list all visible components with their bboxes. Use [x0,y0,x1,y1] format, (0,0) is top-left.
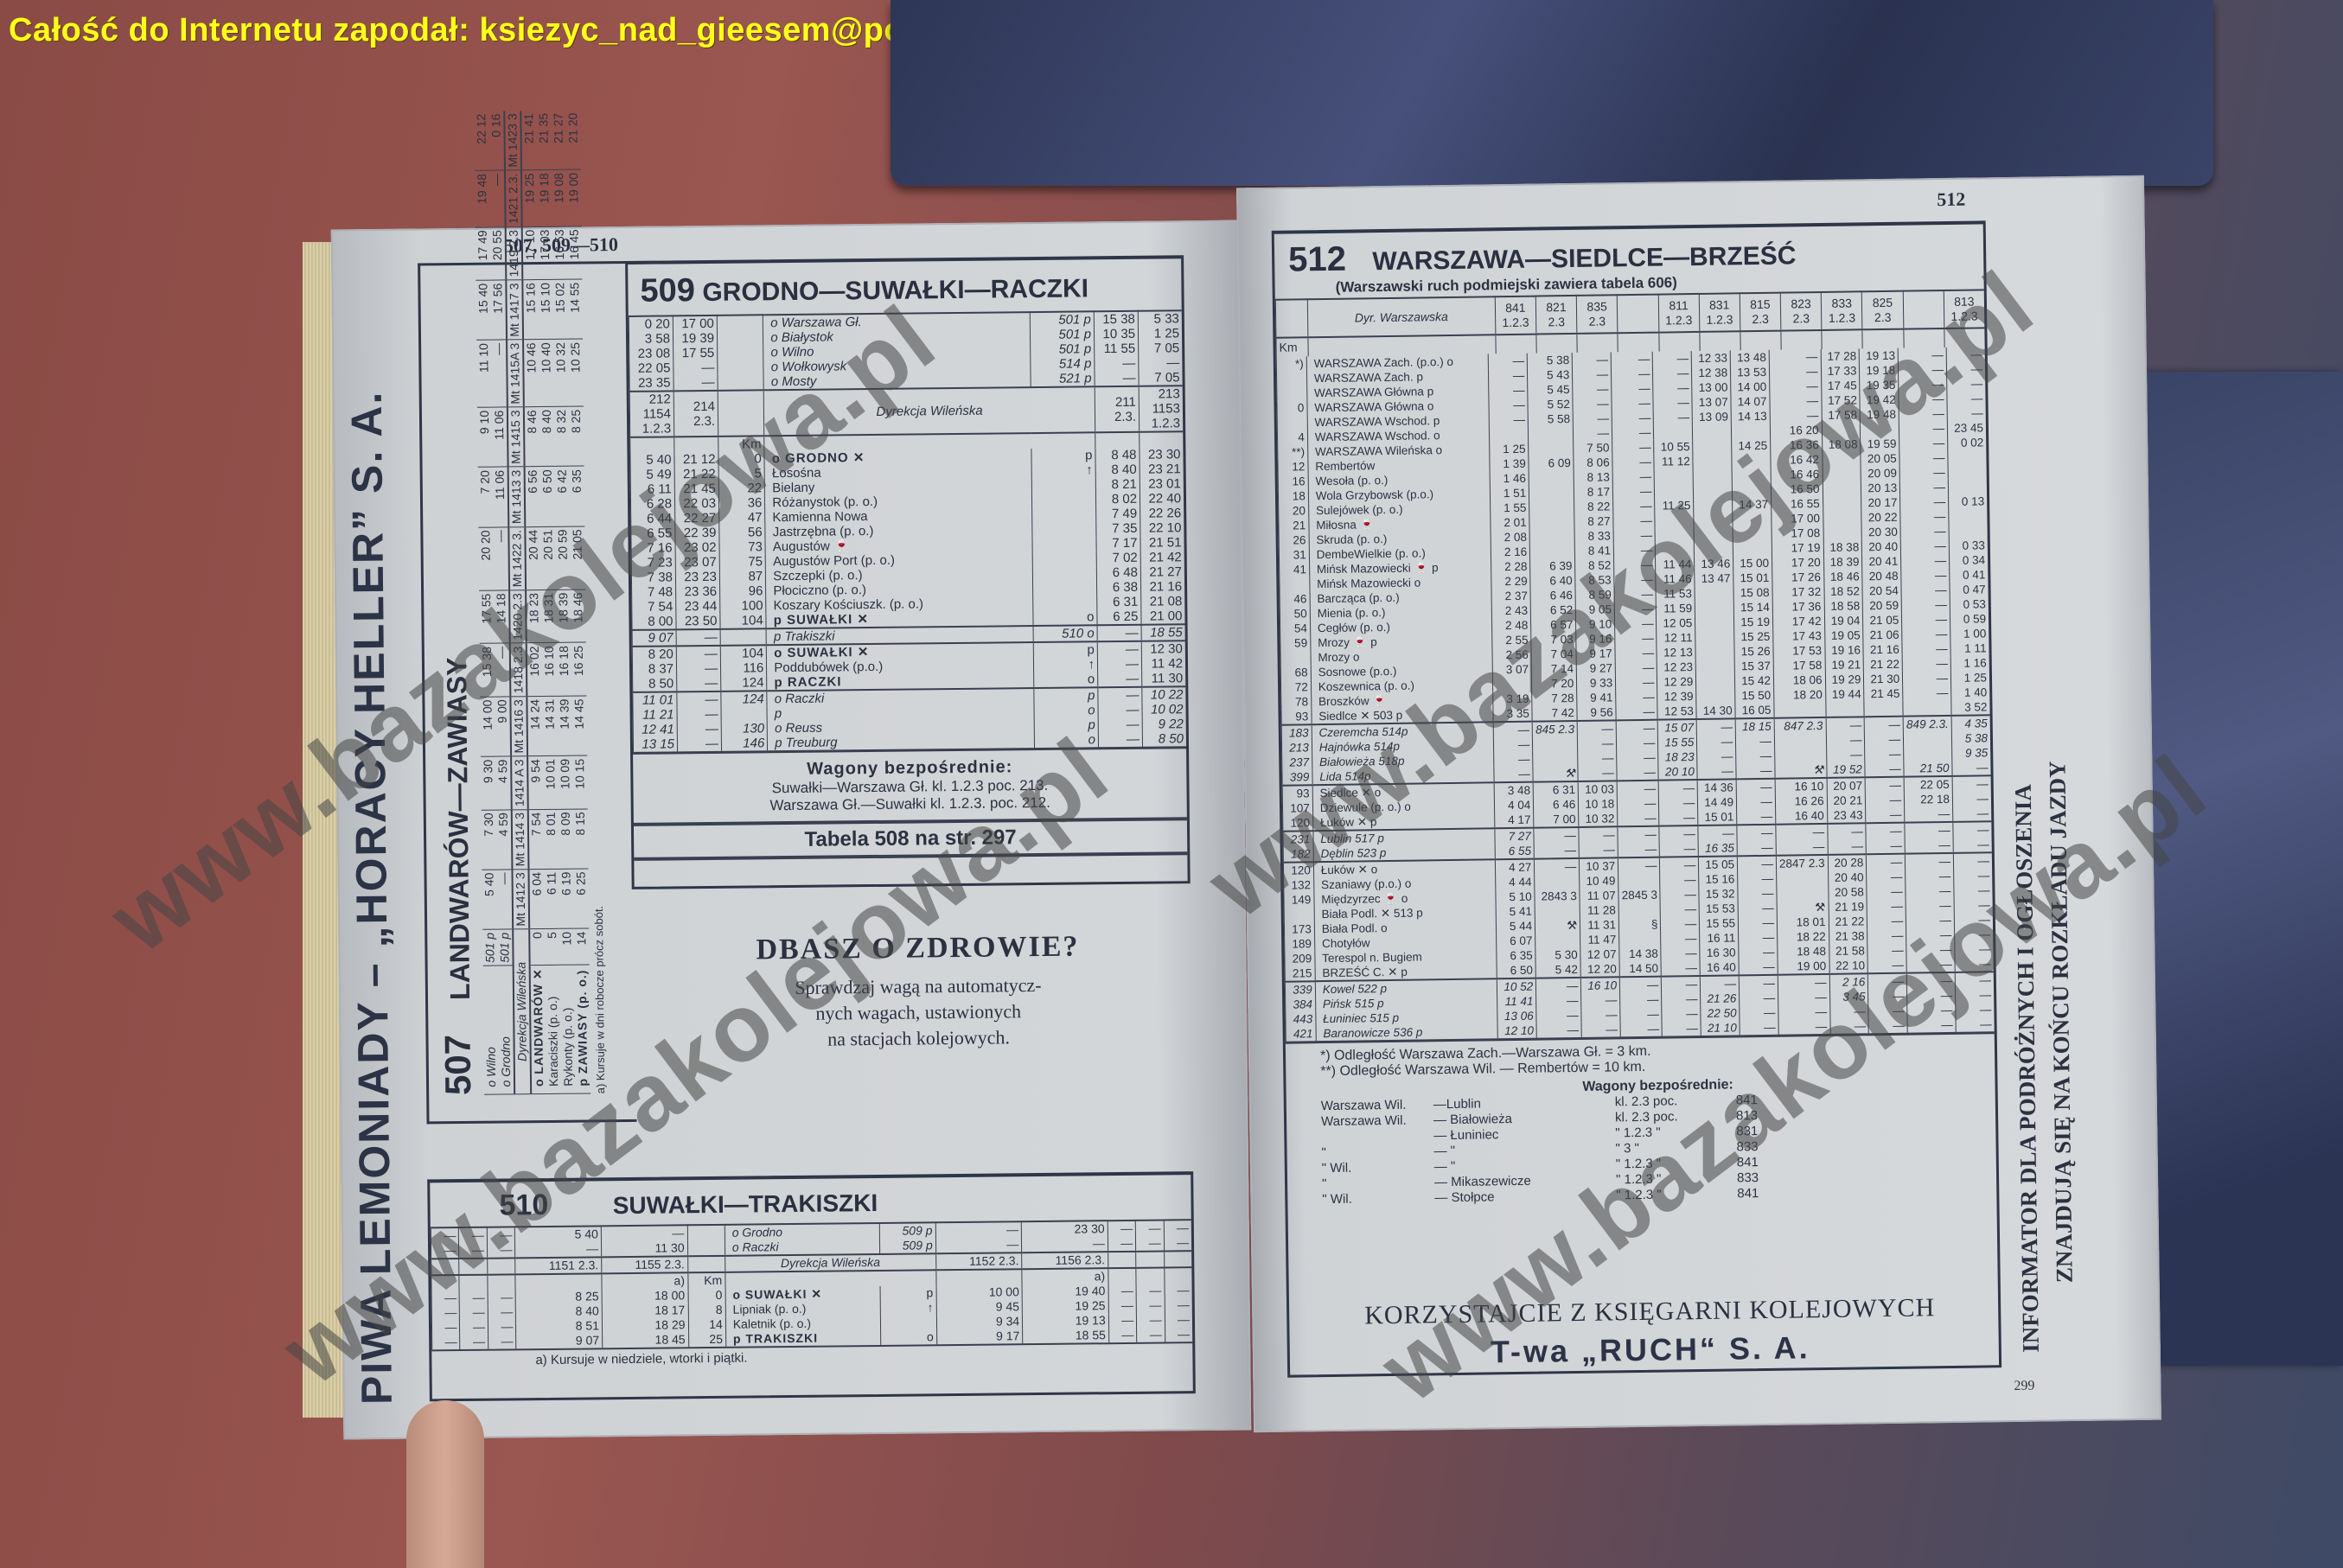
station: o Wilno [483,966,500,1094]
table-510-number: 510 [499,1189,548,1222]
book-cover-right [2144,372,2343,1366]
table-509-number: 509 [640,272,695,309]
station: o Grodno [725,1223,879,1240]
table-510-grid: ———5 40— o Grodno509 p —23 30——— ————11 … [431,1219,1192,1349]
open-book: 507, 509—510 PIWA LEMONIADY – „HORACY HE… [285,156,2170,1452]
station: Rykonty (p. o.) [560,965,577,1093]
ad-health: DBASZ O ZDROWIE? Sprawdzaj wagą na autom… [658,929,1178,1054]
station: o Raczki [725,1239,879,1256]
direction-label: Dyr. Warszawska [1307,296,1496,337]
table-508-reference: Tabela 508 na str. 297 [634,817,1187,861]
table-512-body: *)WARSZAWA Zach. (p.o.) o—5 38———12 3313… [1276,347,1995,1041]
direction-label: Dyrekcja Wileńska [513,929,531,1094]
table-512-grid: Dyr. Warszawska 841 1.2.3 821 2.3 835 2.… [1275,289,1985,356]
station: p ZAWIASY (p. o.) [575,965,591,1093]
side-ad-informator: INFORMATOR DLA PODRÓŻNYCH I OGŁOSZENIA Z… [2005,761,2083,1353]
direction-label: Dyrekcja Wileńska [763,386,1095,436]
station: Lipniak (p. o.) [725,1301,880,1317]
table-512: 512 WARSZAWA—SIEDLCE—BRZEŚĆ (Warszawski … [1272,220,2001,1377]
page-number-right: 299 [2014,1379,2034,1394]
station: Karaciszki (p. o.) [546,966,562,1094]
ad-health-line: na stacjach kolejowych. [659,1023,1178,1054]
running-head-right: 512 [1937,188,1965,211]
station: o SUWAŁKI ✕ [725,1286,880,1303]
side-ad-heller: PIWA LEMONIADY – „HORACY HELLER” S. A. [342,390,402,1405]
right-page: 512 512 WARSZAWA—SIEDLCE—BRZEŚĆ (Warszaw… [1236,175,2161,1433]
ad-ruch: KORZYSTAJCIE Z KSIĘGARNI KOLEJOWYCH T-wa… [1321,1293,1979,1374]
through-cars-list: Warszawa Wil.—Lublinkl. 2.3 poc.841Warsz… [1321,1089,1997,1208]
table-507-title: LANDWARÓW—ZAWIASY [441,657,476,1000]
table-507: 507 LANDWARÓW—ZAWIASY o Wilno 501 p 5 40… [418,261,636,1124]
station: p TRAKISZKI [725,1330,880,1347]
table-510: 510 SUWAŁKI—TRAKISZKI ———5 40— o Grodno5… [427,1171,1196,1401]
station: o LANDWARÓW ✕ [530,966,547,1094]
table-512-number: 512 [1288,240,1346,279]
station: Kaletnik (p. o.) [725,1316,880,1332]
thumb [406,1400,484,1568]
direction-label: Dyrekcja Wileńska [725,1253,935,1272]
table-509: 509 GRODNO—SUWAŁKI—RACZKI 0 2017 00o War… [625,255,1191,889]
left-page: 507, 509—510 PIWA LEMONIADY – „HORACY HE… [331,220,1252,1440]
station: o Grodno [498,966,515,1094]
ad-health-title: DBASZ O ZDROWIE? [658,929,1177,967]
table-509-grid: 0 2017 00o Warszawa Gł.501 p15 385 33 3 … [629,309,1186,752]
table-507-grid: o Wilno 501 p 5 40 7 30 9 30 14 00 15 38… [474,110,591,1094]
table-507-number: 507 [437,1035,479,1096]
table-512-title: WARSZAWA—SIEDLCE—BRZEŚĆ [1372,241,1796,276]
table-510-title: SUWAŁKI—TRAKISZKI [613,1189,878,1219]
table-509-title: GRODNO—SUWAŁKI—RACZKI [702,274,1089,307]
